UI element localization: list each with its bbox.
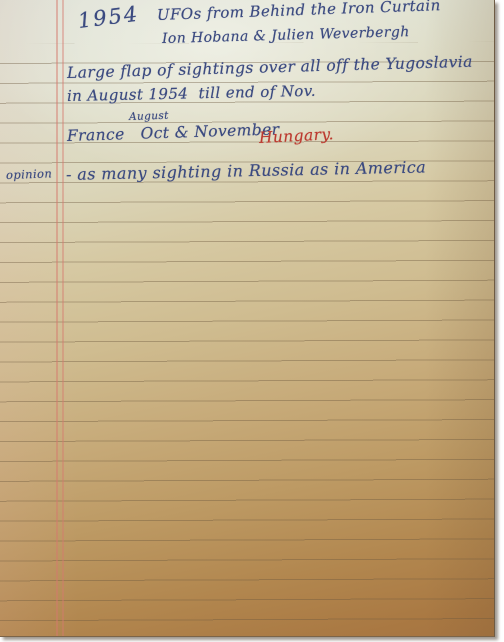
august-insertion-note: August <box>129 110 169 123</box>
year-note: 1954 <box>77 2 141 33</box>
photo-frame: 1954 UFOs from Behind the Iron Curtain I… <box>0 0 504 642</box>
book-title-note: UFOs from Behind the Iron Curtain <box>157 0 441 24</box>
opinion-margin-label: opinion <box>6 166 53 182</box>
margin-line <box>56 0 64 636</box>
notebook-page: 1954 UFOs from Behind the Iron Curtain I… <box>0 0 495 637</box>
